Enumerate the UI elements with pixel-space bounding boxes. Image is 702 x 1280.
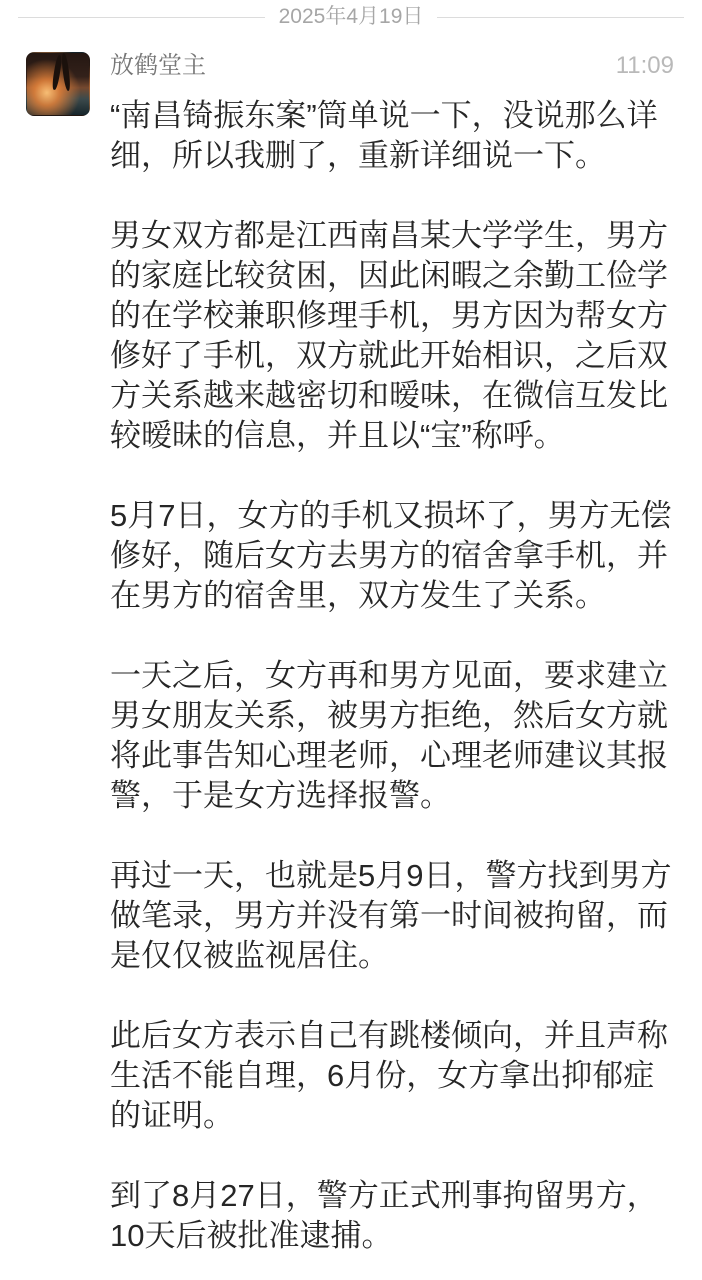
message-paragraph: 一天之后，女方再和男方见面，要求建立男女朋友关系，被男方拒绝，然后女方就将此事告…	[110, 656, 674, 816]
message-text: “南昌锜振东案”筒单说一下，没说那么详细，所以我删了，重新详细说一下。男女双方都…	[110, 96, 674, 1256]
message-body: 放鹤堂主 11:09 “南昌锜振东案”筒单说一下，没说那么详细，所以我删了，重新…	[110, 52, 674, 1256]
avatar-photo-detail	[61, 53, 72, 92]
date-rule-right	[437, 17, 684, 18]
message-time: 11:09	[616, 52, 674, 80]
avatar-photo-detail	[52, 55, 63, 90]
author-name[interactable]: 放鹤堂主	[110, 52, 206, 80]
message-paragraph: “南昌锜振东案”筒单说一下，没说那么详细，所以我删了，重新详细说一下。	[110, 96, 674, 176]
chat-message: 放鹤堂主 11:09 “南昌锜振东案”筒单说一下，没说那么详细，所以我删了，重新…	[0, 52, 702, 1256]
date-rule-left	[18, 17, 265, 18]
message-header: 放鹤堂主 11:09	[110, 52, 674, 80]
date-separator: 2025年4月19日	[0, 0, 702, 28]
message-paragraph: 5月7日，女方的手机又损坏了，男方无偿修好，随后女方去男方的宿舍拿手机，并在男方…	[110, 496, 674, 616]
message-paragraph: 再过一天，也就是5月9日，警方找到男方做笔录，男方并没有第一时间被拘留，而是仅仅…	[110, 856, 674, 976]
message-paragraph: 到了8月27日，警方正式刑事拘留男方，10天后被批准逮捕。	[110, 1176, 674, 1256]
chat-screen: 2025年4月19日 放鹤堂主 11:09 “南昌锜振东案”筒单说一下，没说那么…	[0, 0, 702, 1280]
avatar[interactable]	[26, 52, 90, 116]
message-paragraph: 男女双方都是江西南昌某大学学生，男方的家庭比较贫困，因此闲暇之余勤工俭学的在学校…	[110, 216, 674, 456]
message-paragraph: 此后女方表示自己有跳楼倾向，并且声称生活不能自理，6月份，女方拿出抑郁症的证明。	[110, 1016, 674, 1136]
date-label: 2025年4月19日	[265, 6, 438, 28]
